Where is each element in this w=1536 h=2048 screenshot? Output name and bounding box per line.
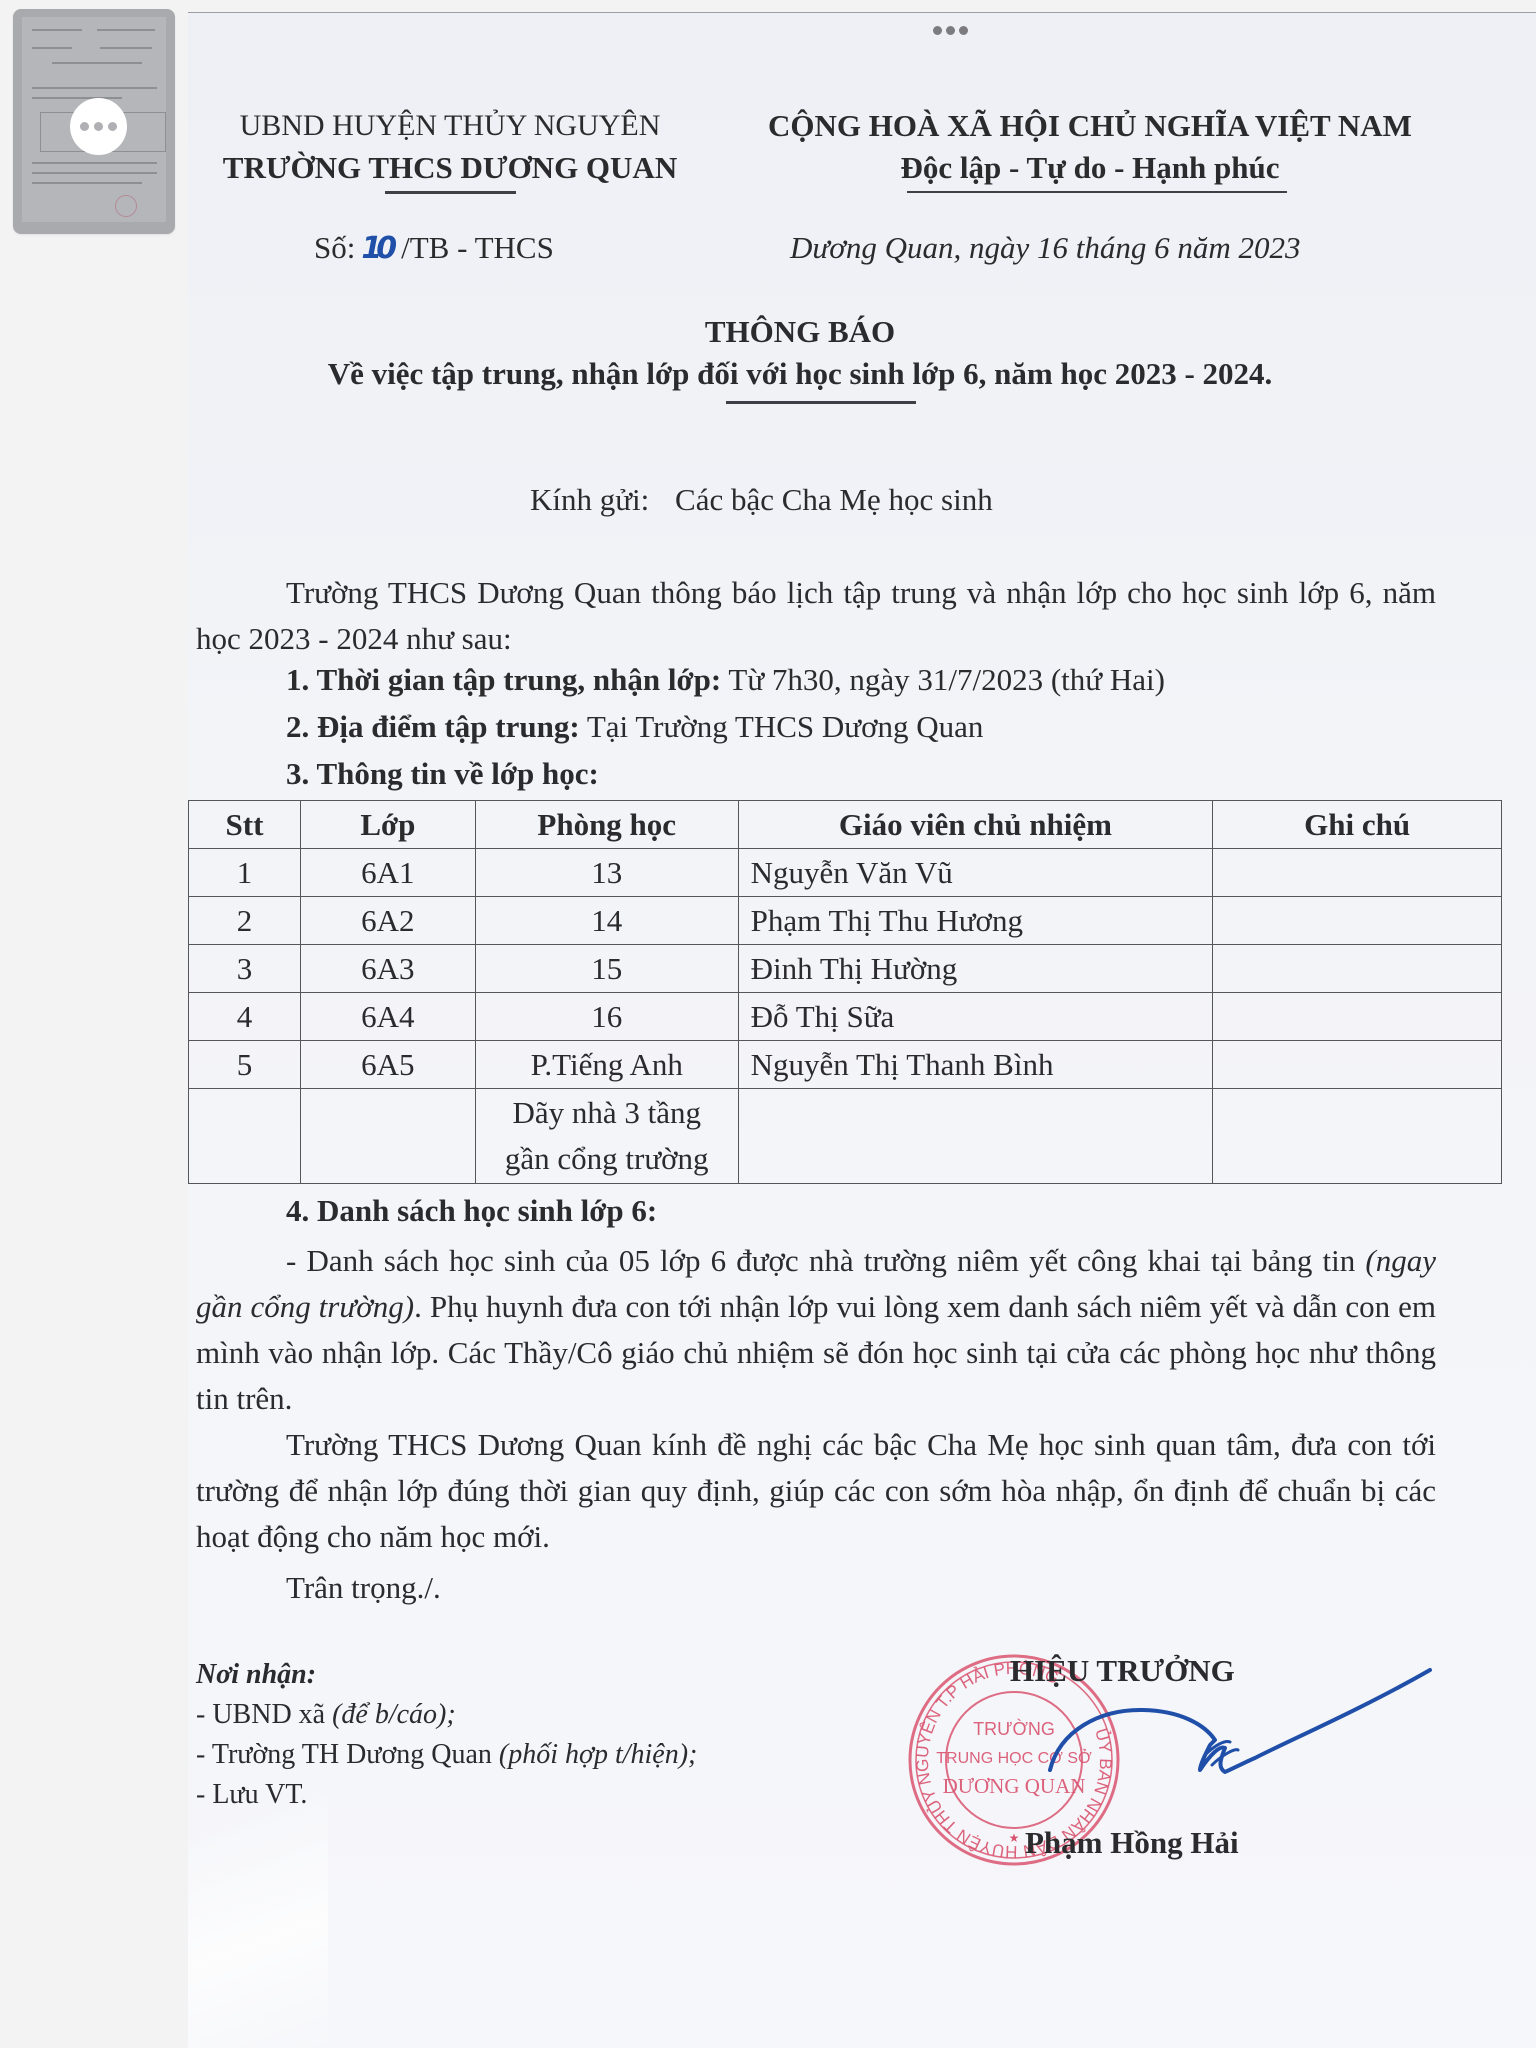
regards: Trân trọng./.: [286, 1570, 441, 1606]
ellipsis-icon: [959, 26, 968, 35]
item-value: Từ 7h30, ngày 31/7/2023 (thứ Hai): [721, 662, 1165, 697]
motto: Độc lập - Tự do - Hạnh phúc: [730, 147, 1450, 189]
cell-note: [1213, 945, 1502, 993]
table-row: 5 6A5 P.Tiếng Anh Nguyễn Thị Thanh Bình: [189, 1041, 1502, 1089]
cell-teacher: [738, 1089, 1213, 1184]
recipient-text: - Trường TH Dương Quan: [196, 1739, 499, 1770]
document-number-suffix: /TB - THCS: [401, 230, 554, 265]
item-label: 2. Địa điểm tập trung:: [286, 709, 580, 744]
thumb-text-line: [100, 47, 152, 49]
issuing-authority: UBND HUYỆN THỦY NGUYÊN TRƯỜNG THCS DƯƠNG…: [200, 105, 700, 189]
thumb-text-line: [52, 62, 142, 64]
thumb-text-line: [32, 47, 72, 49]
cell-class: [300, 1089, 475, 1184]
cell-class: 6A1: [300, 849, 475, 897]
cell-teacher: Nguyễn Văn Vũ: [738, 849, 1213, 897]
recipient-item: - Trường TH Dương Quan (phối hợp t/hiện)…: [196, 1735, 697, 1775]
recipient-text: - Lưu VT.: [196, 1779, 307, 1810]
cell-stt: [189, 1089, 301, 1184]
place-and-date: Dương Quan, ngày 16 tháng 6 năm 2023: [790, 230, 1301, 266]
item-class-info: 3. Thông tin về lớp học:: [286, 756, 599, 792]
header-right-rule: [907, 191, 1287, 193]
authority-name: UBND HUYỆN THỦY NGUYÊN: [200, 105, 700, 147]
item-label: 3. Thông tin về lớp học:: [286, 756, 599, 791]
ellipsis-icon: [946, 26, 955, 35]
section4-text: - Danh sách học sinh của 05 lớp 6 được n…: [286, 1243, 1365, 1278]
school-name: TRƯỜNG THCS DƯƠNG QUAN: [200, 147, 700, 189]
cell-teacher: Nguyễn Thị Thanh Bình: [738, 1041, 1213, 1089]
page-thumbnail[interactable]: [13, 9, 175, 234]
cell-room: 16: [475, 993, 738, 1041]
cell-class: 6A5: [300, 1041, 475, 1089]
recipient-item: - Lưu VT.: [196, 1775, 697, 1815]
document-subtitle: Về việc tập trung, nhận lớp đối với học …: [200, 356, 1400, 392]
item-value: Tại Trường THCS Dương Quan: [580, 709, 984, 744]
cell-note: [1213, 897, 1502, 945]
title-rule: [726, 401, 916, 404]
column-header: Ghi chú: [1213, 801, 1502, 849]
intro-paragraph: Trường THCS Dương Quan thông báo lịch tậ…: [196, 570, 1436, 662]
item-label: 1. Thời gian tập trung, nhận lớp:: [286, 662, 721, 697]
document-number-handwritten: 10: [361, 231, 391, 266]
cell-stt: 4: [189, 993, 301, 1041]
signer-name: Phạm Hồng Hải: [1025, 1825, 1239, 1861]
section4-heading: 4. Danh sách học sinh lớp 6:: [286, 1193, 657, 1229]
addressee-value: Các bậc Cha Mẹ học sinh: [675, 482, 993, 517]
closing-paragraph: Trường THCS Dương Quan kính đề nghị các …: [196, 1422, 1436, 1560]
cell-teacher: Phạm Thị Thu Hương: [738, 897, 1213, 945]
recipient-item: - UBND xã (để b/cáo);: [196, 1695, 697, 1735]
country-name: CỘNG HOÀ XÃ HỘI CHỦ NGHĨA VIỆT NAM: [730, 105, 1450, 147]
cell-room: P.Tiếng Anh: [475, 1041, 738, 1089]
column-header: Phòng học: [475, 801, 738, 849]
ellipsis-icon: [94, 122, 103, 131]
document-number-prefix: Số:: [314, 230, 355, 265]
recipient-note: (để b/cáo);: [332, 1699, 456, 1730]
column-header: Lớp: [300, 801, 475, 849]
thumb-text-line: [32, 172, 157, 174]
class-info-table: Stt Lớp Phòng học Giáo viên chủ nhiệm Gh…: [188, 800, 1502, 1184]
stamp-star-icon: ★: [1009, 1831, 1020, 1845]
document-title: THÔNG BÁO: [200, 314, 1400, 350]
item-time: 1. Thời gian tập trung, nhận lớp: Từ 7h3…: [286, 662, 1165, 698]
national-motto: CỘNG HOÀ XÃ HỘI CHỦ NGHĨA VIỆT NAM Độc l…: [730, 105, 1450, 189]
cell-stt: 2: [189, 897, 301, 945]
recipient-note: (phối hợp t/hiện);: [499, 1739, 697, 1770]
cell-teacher: Đỗ Thị Sữa: [738, 993, 1213, 1041]
column-header: Stt: [189, 801, 301, 849]
thumb-text-line: [32, 29, 82, 31]
cell-note: [1213, 1089, 1502, 1184]
item-location: 2. Địa điểm tập trung: Tại Trường THCS D…: [286, 709, 983, 745]
recipient-text: - UBND xã: [196, 1699, 332, 1730]
document-number: Số:10/TB - THCS: [314, 230, 554, 266]
cell-teacher: Đinh Thị Hường: [738, 945, 1213, 993]
cell-class: 6A2: [300, 897, 475, 945]
table-row: 1 6A1 13 Nguyễn Văn Vũ: [189, 849, 1502, 897]
cell-stt: 1: [189, 849, 301, 897]
thumb-text-line: [97, 29, 155, 31]
thumbnail-rail: [0, 0, 188, 2048]
ellipsis-icon: [108, 122, 117, 131]
column-header: Giáo viên chủ nhiệm: [738, 801, 1213, 849]
header-left-rule: [385, 191, 516, 194]
thumb-text-line: [32, 87, 157, 89]
cell-class: 6A3: [300, 945, 475, 993]
cell-room: 15: [475, 945, 738, 993]
ellipsis-icon: [80, 122, 89, 131]
ellipsis-icon: [933, 26, 942, 35]
cell-stt: 5: [189, 1041, 301, 1089]
table-header-row: Stt Lớp Phòng học Giáo viên chủ nhiệm Gh…: [189, 801, 1502, 849]
cell-note: [1213, 849, 1502, 897]
page-options-handle[interactable]: [933, 26, 968, 35]
table-row: 3 6A3 15 Đinh Thị Hường: [189, 945, 1502, 993]
thumb-text-line: [32, 97, 122, 99]
cell-room: 14: [475, 897, 738, 945]
signature-icon: [1040, 1660, 1440, 1800]
thumb-text-line: [32, 182, 142, 184]
cell-room: Dãy nhà 3 tầng gần cổng trường: [475, 1089, 738, 1184]
thumbnail-more-button[interactable]: [70, 98, 127, 155]
thumb-text-line: [32, 162, 157, 164]
table-row: 4 6A4 16 Đỗ Thị Sữa: [189, 993, 1502, 1041]
thumb-stamp: [115, 195, 137, 217]
cell-room: 13: [475, 849, 738, 897]
recipients: Nơi nhận: - UBND xã (để b/cáo); - Trường…: [196, 1655, 697, 1815]
addressee-label: Kính gửi:: [530, 482, 649, 517]
cell-note: [1213, 1041, 1502, 1089]
cell-class: 6A4: [300, 993, 475, 1041]
table-row: Dãy nhà 3 tầng gần cổng trường: [189, 1089, 1502, 1184]
cell-note: [1213, 993, 1502, 1041]
recipients-heading: Nơi nhận:: [196, 1655, 697, 1695]
addressee: Kính gửi: Các bậc Cha Mẹ học sinh: [530, 482, 993, 518]
table-row: 2 6A2 14 Phạm Thị Thu Hương: [189, 897, 1502, 945]
section4-paragraph: - Danh sách học sinh của 05 lớp 6 được n…: [196, 1238, 1436, 1422]
cell-stt: 3: [189, 945, 301, 993]
